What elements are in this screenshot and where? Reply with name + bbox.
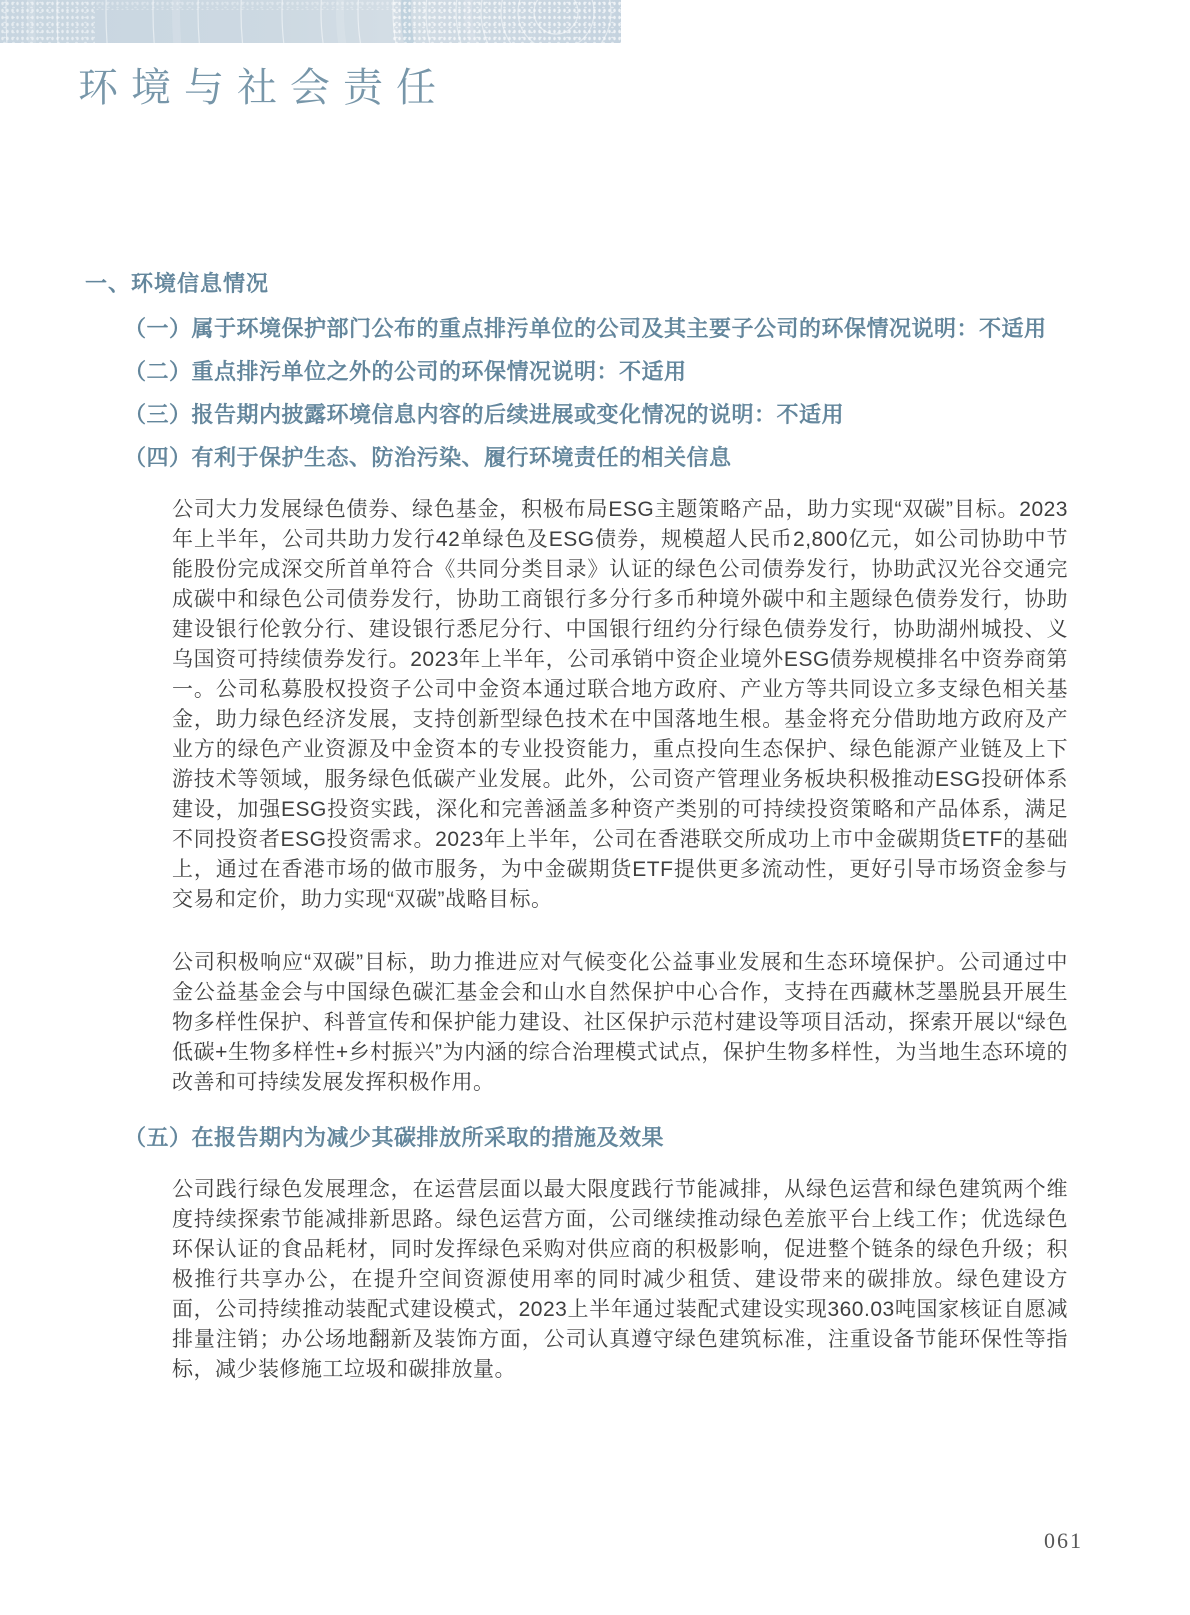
page-title: 环境与社会责任 (78, 56, 449, 113)
paragraph-dual-carbon-charity: 公司积极响应“双碳”目标，助力推进应对气候变化公益事业发展和生态环境保护。公司通… (172, 948, 1068, 1098)
subsection-heading-4: （四）有利于保护生态、防治污染、履行环境责任的相关信息 (124, 443, 1105, 473)
section-title-environment-info: 一、环境信息情况 (85, 269, 1190, 299)
subsection-heading-1: （一）属于环境保护部门公布的重点排污单位的公司及其主要子公司的环保情况说明：不适… (124, 314, 1105, 344)
paragraph-green-finance: 公司大力发展绿色债券、绿色基金，积极布局ESG主题策略产品，助力实现“双碳”目标… (172, 495, 1068, 915)
header-banner-image (0, 0, 621, 43)
banner-speckle-texture (392, 0, 621, 43)
subsection-heading-2: （二）重点排污单位之外的公司的环保情况说明：不适用 (124, 357, 1105, 387)
page-number: 061 (1044, 1528, 1083, 1554)
content-area: 一、环境信息情况 （一）属于环境保护部门公布的重点排污单位的公司及其主要子公司的… (0, 269, 1190, 1385)
subsection-heading-3: （三）报告期内披露环境信息内容的后续进展或变化情况的说明：不适用 (124, 400, 1105, 430)
subsection-heading-5: （五）在报告期内为减少其碳排放所采取的措施及效果 (124, 1123, 1105, 1153)
paragraph-emission-reduction-measures: 公司践行绿色发展理念，在运营层面以最大限度践行节能减排，从绿色运营和绿色建筑两个… (172, 1175, 1068, 1385)
banner-speckle-texture (0, 0, 95, 43)
banner-speckle-texture (95, 0, 395, 10)
report-page: 环境与社会责任 一、环境信息情况 （一）属于环境保护部门公布的重点排污单位的公司… (0, 0, 1190, 1615)
